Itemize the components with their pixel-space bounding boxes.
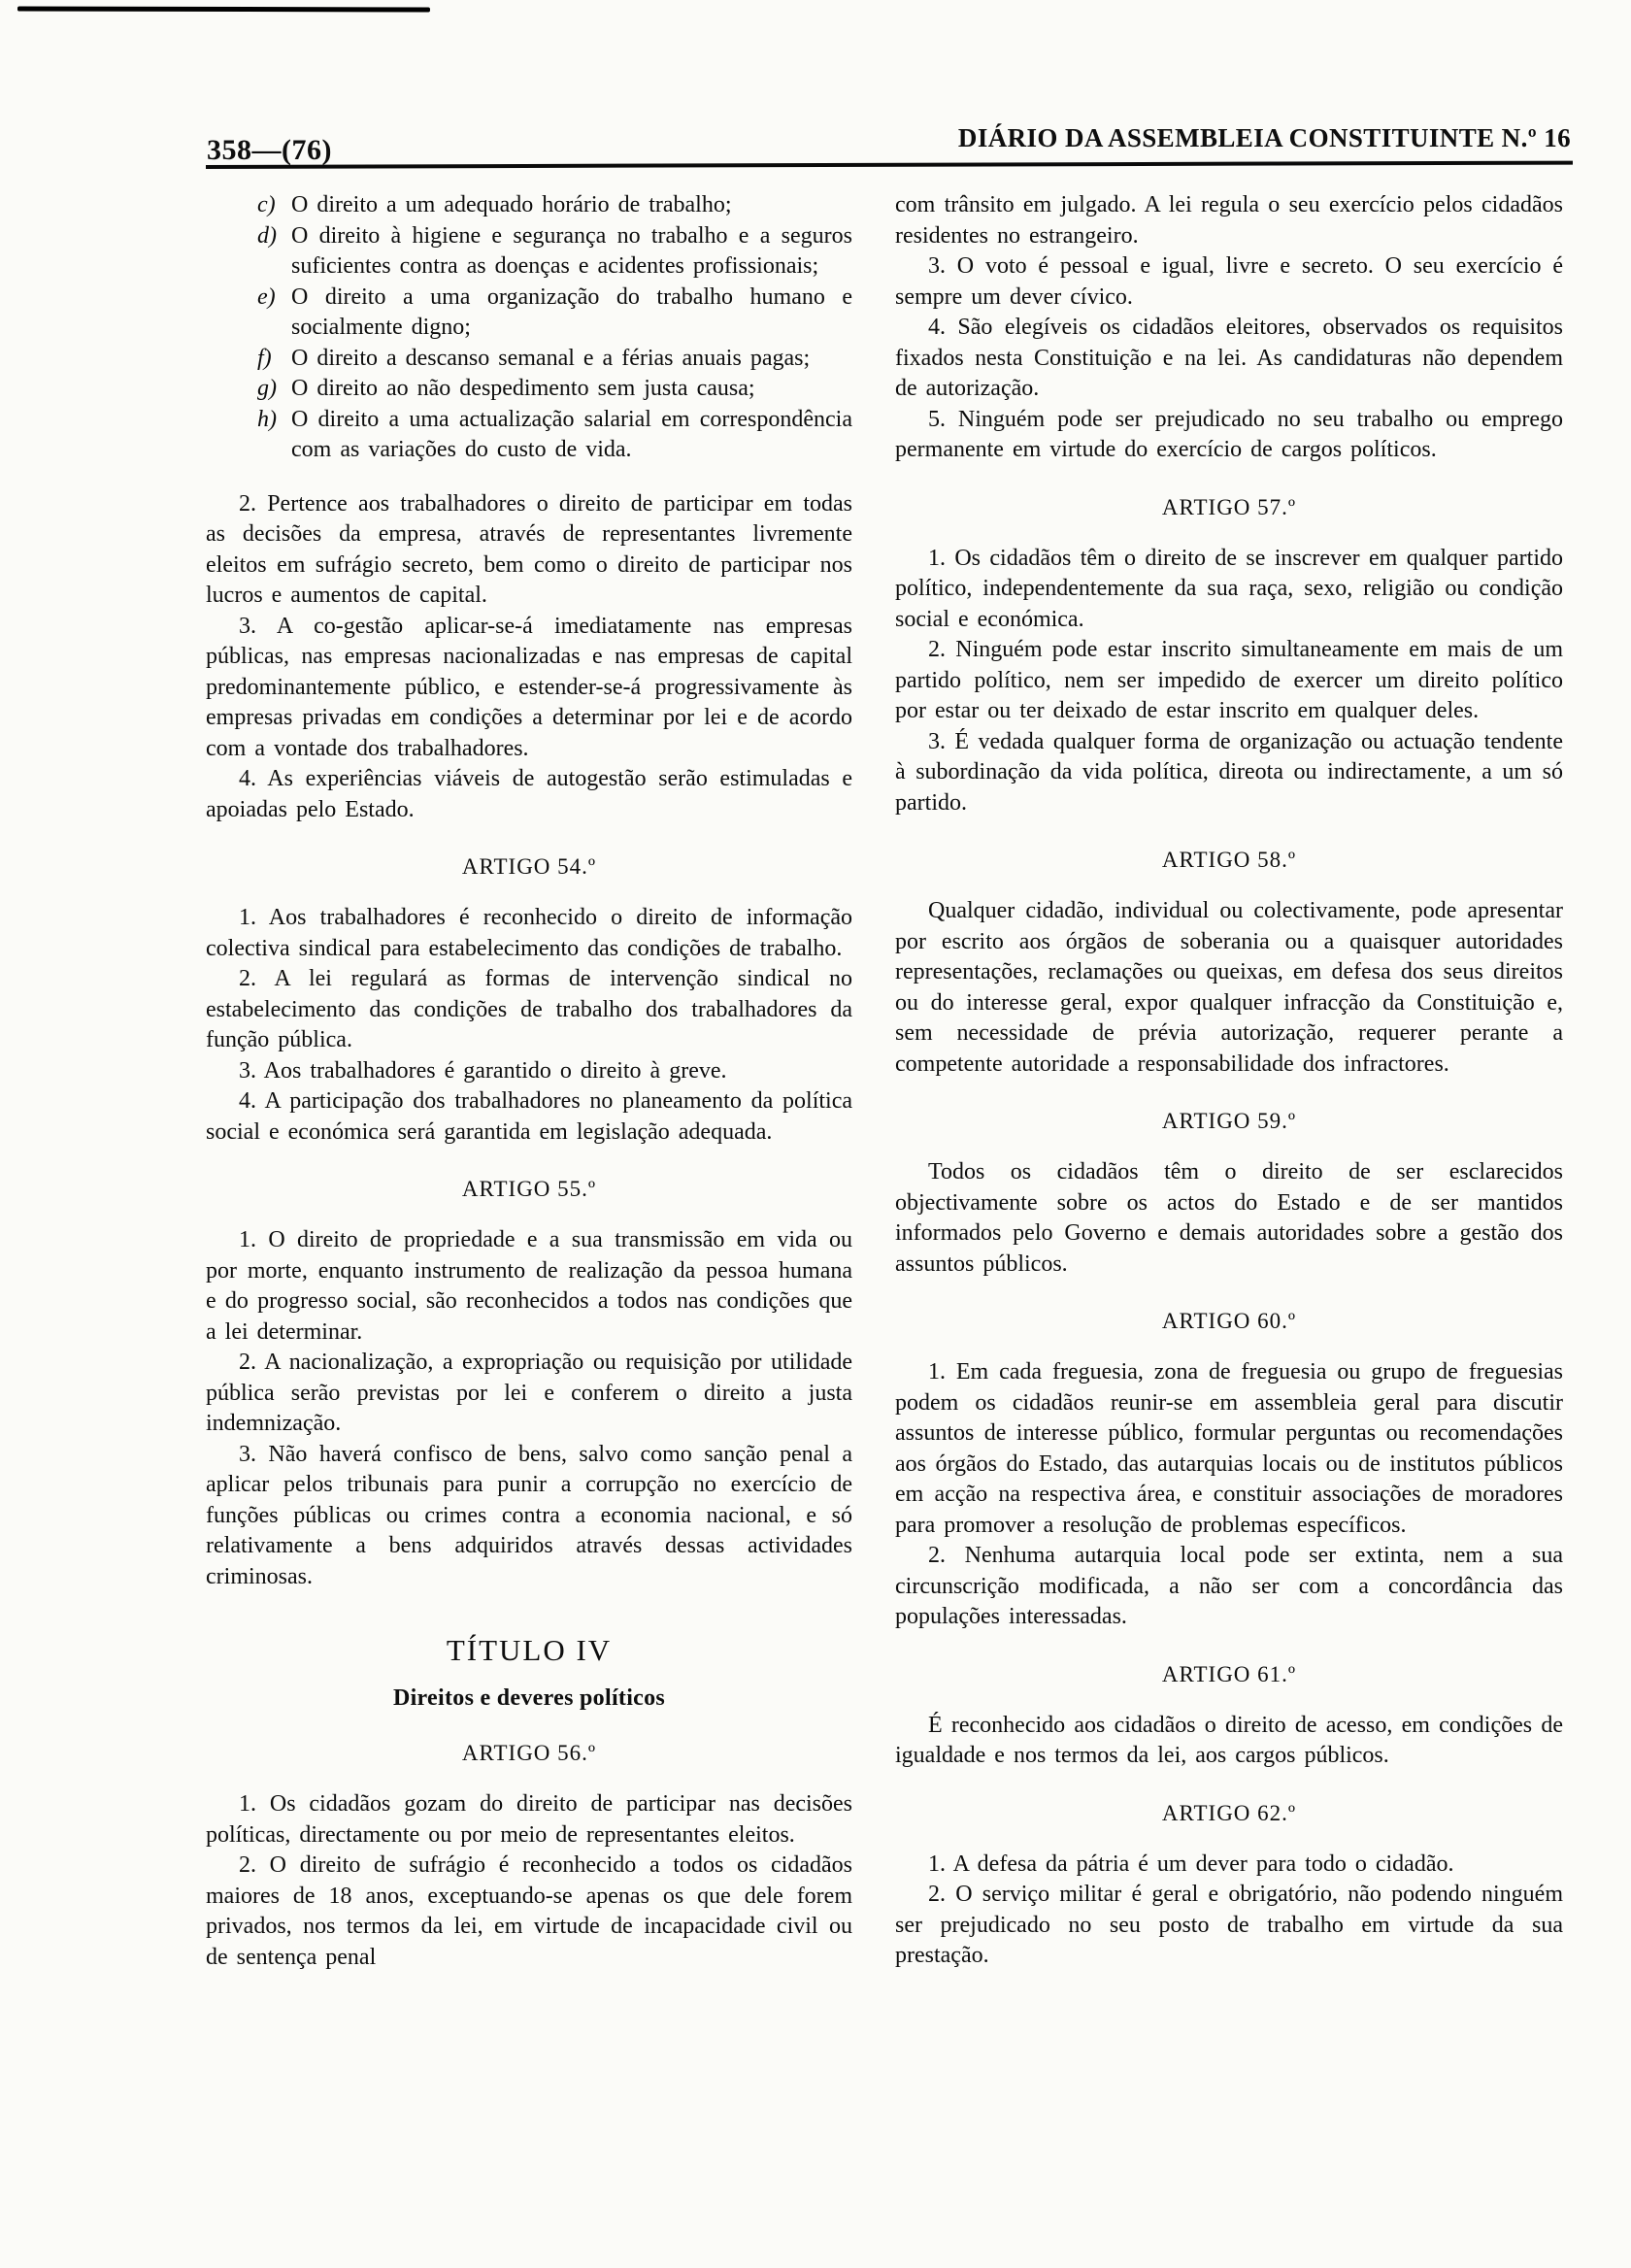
paragraph: 3. Aos trabalhadores é garantido o direi… — [206, 1056, 852, 1087]
alinea-text: O direito a um adequado horário de traba… — [291, 192, 732, 217]
page-number: 358—(76) — [207, 134, 332, 167]
paragraph-continuation: com trânsito em julgado. A lei regula o … — [895, 190, 1563, 251]
alinea-text: O direito ao não despedimento sem justa … — [291, 376, 755, 401]
paragraph: Qualquer cidadão, individual ou colectiv… — [895, 896, 1563, 1080]
paragraph: 4. São elegíveis os cidadãos eleitores, … — [895, 313, 1563, 405]
paragraph: 1. Em cada freguesia, zona de freguesia … — [895, 1357, 1563, 1541]
paragraph: 2. Ninguém pode estar inscrito simultane… — [895, 635, 1563, 727]
paragraph: 1. Os cidadãos gozam do direito de parti… — [206, 1789, 852, 1851]
alinea-marker: c) — [257, 190, 276, 221]
title-heading: TÍTULO IV — [206, 1633, 852, 1668]
right-column: com trânsito em julgado. A lei regula o … — [895, 190, 1563, 1973]
scanned-gazette-page: { "header": { "page_number": "358—(76)",… — [0, 0, 1631, 2268]
article-heading: ARTIGO 61.º — [895, 1662, 1563, 1687]
alinea-marker: e) — [257, 283, 276, 314]
paragraph: 1. Aos trabalhadores é reconhecido o dir… — [206, 903, 852, 964]
scan-artifact-line — [17, 7, 430, 13]
article-heading: ARTIGO 59.º — [895, 1109, 1563, 1134]
alinea-marker: d) — [257, 221, 277, 252]
paragraph: 2. O serviço militar é geral e obrigatór… — [895, 1880, 1563, 1972]
alinea-marker: h) — [257, 405, 277, 436]
left-column: c)O direito a um adequado horário de tra… — [206, 190, 852, 1973]
paragraph: 2. O direito de sufrágio é reconhecido a… — [206, 1851, 852, 1973]
alinea-marker: g) — [257, 374, 277, 405]
article-heading: ARTIGO 58.º — [895, 848, 1563, 873]
paragraph: 3. O voto é pessoal e igual, livre e sec… — [895, 251, 1563, 313]
paragraph: 5. Ninguém pode ser prejudicado no seu t… — [895, 405, 1563, 466]
alinea-item: h)O direito a uma actualização salarial … — [206, 405, 852, 466]
paragraph: 3. É vedada qualquer forma de organizaçã… — [895, 727, 1563, 819]
paragraph: 3. A co-gestão aplicar-se-á imediatament… — [206, 612, 852, 765]
journal-title: DIÁRIO DA ASSEMBLEIA CONSTITUINTE N.º 16 — [958, 123, 1571, 153]
paragraph: 2. Nenhuma autarquia local pode ser exti… — [895, 1541, 1563, 1633]
article-heading: ARTIGO 56.º — [206, 1741, 852, 1766]
paragraph: 2. A lei regulará as formas de intervenç… — [206, 964, 852, 1056]
alinea-item: d)O direito à higiene e segurança no tra… — [206, 221, 852, 283]
paragraph: Todos os cidadãos têm o direito de ser e… — [895, 1157, 1563, 1280]
header-rule — [206, 161, 1573, 169]
paragraph: 2. A nacionalização, a expropriação ou r… — [206, 1348, 852, 1440]
paragraph: 1. O direito de propriedade e a sua tran… — [206, 1225, 852, 1348]
paragraph: 2. Pertence aos trabalhadores o direito … — [206, 489, 852, 612]
alinea-text: O direito a descanso semanal e a férias … — [291, 346, 810, 371]
paragraph: 3. Não haverá confisco de bens, salvo co… — [206, 1440, 852, 1593]
paragraph: É reconhecido aos cidadãos o direito de … — [895, 1711, 1563, 1772]
alinea-item: g)O direito ao não despedimento sem just… — [206, 374, 852, 405]
alineas-list: c)O direito a um adequado horário de tra… — [206, 190, 852, 466]
article-heading: ARTIGO 60.º — [895, 1309, 1563, 1334]
alinea-item: e)O direito a uma organização do trabalh… — [206, 283, 852, 344]
paragraph: 1. Os cidadãos têm o direito de se inscr… — [895, 544, 1563, 636]
alinea-item: c)O direito a um adequado horário de tra… — [206, 190, 852, 221]
alinea-text: O direito à higiene e segurança no traba… — [291, 223, 852, 280]
alinea-text: O direito a uma actualização salarial em… — [291, 407, 852, 463]
paragraph: 4. A participação dos trabalhadores no p… — [206, 1086, 852, 1148]
article-heading: ARTIGO 55.º — [206, 1177, 852, 1202]
page-content: c)O direito a um adequado horário de tra… — [206, 190, 1563, 1973]
article-heading: ARTIGO 62.º — [895, 1801, 1563, 1826]
article-heading: ARTIGO 57.º — [895, 495, 1563, 520]
alinea-text: O direito a uma organização do trabalho … — [291, 284, 852, 341]
alinea-marker: f) — [257, 344, 272, 375]
paragraph: 1. A defesa da pátria é um dever para to… — [895, 1850, 1563, 1881]
paragraph: 4. As experiências viáveis de autogestão… — [206, 764, 852, 825]
alinea-item: f)O direito a descanso semanal e a féria… — [206, 344, 852, 375]
article-heading: ARTIGO 54.º — [206, 854, 852, 880]
section-subtitle: Direitos e deveres políticos — [206, 1685, 852, 1712]
